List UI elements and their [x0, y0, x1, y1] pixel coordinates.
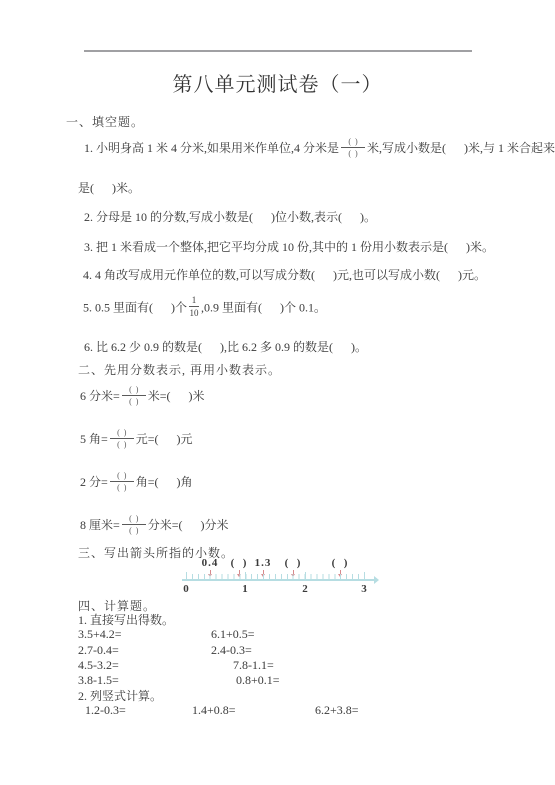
section-4-sub-1: 1. 直接写出得数。: [78, 611, 174, 628]
question-5-text-pre: 5. 0.5 里面有( )个: [83, 300, 187, 314]
equation: 6.2+3.8=: [315, 703, 359, 718]
question-6: 6. 比 6.2 少 0.9 的数是( ),比 6.2 多 0.9 的数是( )…: [84, 338, 367, 355]
convert-item-2: 5 角=( )( )元=( )元: [80, 428, 193, 449]
section-1-heading: 一、填空题。: [66, 113, 144, 130]
question-1-line-1: 1. 小明身高 1 米 4 分米,如果用米作单位,4 分米是( )( )米,写成…: [84, 137, 555, 158]
convert-item-1-pre: 6 分米=: [80, 389, 120, 403]
equation: 0.8+0.1=: [236, 673, 280, 688]
page-title: 第八单元测试卷（一）: [0, 68, 555, 97]
axis-tick-1: 1: [242, 583, 248, 595]
question-5: 5. 0.5 里面有( )个110,0.9 里面有( )个 0.1。: [83, 295, 326, 319]
numberline-label-1: 0.4: [202, 557, 219, 569]
question-1-line-2: 是( )米。: [78, 179, 140, 196]
equation: 1.4+0.8=: [192, 703, 236, 718]
axis-tick-2: 2: [302, 583, 308, 595]
fraction-blank: ( )( ): [110, 471, 134, 492]
fraction-blank: ( )( ): [122, 514, 146, 535]
fraction-blank: ( )( ): [110, 428, 134, 449]
test-paper-page: 第八单元测试卷（一） 一、填空题。 1. 小明身高 1 米 4 分米,如果用米作…: [0, 0, 555, 785]
convert-item-3: 2 分=( )( )角=( )角: [80, 471, 193, 492]
equation: 2.7-0.4=: [78, 643, 119, 658]
fraction-blank: ( )( ): [122, 385, 146, 406]
equation: 7.8-1.1=: [233, 658, 274, 673]
major-tick: [364, 572, 365, 579]
major-tick: [305, 572, 306, 579]
numberline-label-5: ( ): [332, 557, 349, 569]
equation: 3.8-1.5=: [78, 673, 119, 688]
convert-item-1-post: 米=( )米: [148, 389, 205, 403]
convert-item-2-pre: 5 角=: [80, 432, 108, 446]
equation: 2.4-0.3=: [211, 643, 252, 658]
number-line-arrowhead-icon: [374, 576, 383, 584]
major-tick: [245, 572, 246, 579]
number-line: 0.4 ( ) 1.3 ( ) ( ) 0 1 2 3: [182, 557, 394, 603]
convert-item-4-pre: 8 厘米=: [80, 518, 120, 532]
axis-tick-3: 3: [361, 583, 367, 595]
numberline-label-2: ( ): [231, 557, 248, 569]
question-1-text-post: 米,写成小数是( )米,与 1 米合起来: [367, 141, 555, 155]
convert-item-1: 6 分米=( )( )米=( )米: [80, 385, 205, 406]
section-2-heading: 二、先用分数表示, 再用小数表示。: [78, 361, 281, 378]
fraction-one-tenth: 110: [189, 295, 199, 319]
question-4: 4. 4 角改写成用元作单位的数,可以写成分数( )元,也可以写成小数( )元。: [83, 266, 486, 283]
equation: 3.5+4.2=: [78, 627, 122, 642]
equation: 6.1+0.5=: [211, 627, 255, 642]
top-divider-line: [84, 50, 472, 52]
fraction-blank: ( )( ): [341, 137, 365, 158]
numberline-label-3: 1.3: [255, 557, 272, 569]
equation: 4.5-3.2=: [78, 658, 119, 673]
numberline-label-4: ( ): [285, 557, 302, 569]
convert-item-2-post: 元=( )元: [136, 432, 193, 446]
convert-item-3-pre: 2 分=: [80, 475, 108, 489]
question-5-text-post: ,0.9 里面有( )个 0.1。: [201, 300, 326, 314]
equation: 1.2-0.3=: [85, 703, 126, 718]
question-2: 2. 分母是 10 的分数,写成小数是( )位小数,表示( )。: [84, 208, 376, 225]
convert-item-3-post: 角=( )角: [136, 475, 193, 489]
question-1-text-pre: 1. 小明身高 1 米 4 分米,如果用米作单位,4 分米是: [84, 141, 339, 155]
axis-tick-0: 0: [183, 583, 189, 595]
section-4-sub-2: 2. 列竖式计算。: [78, 687, 162, 704]
convert-item-4-post: 分米=( )分米: [148, 518, 229, 532]
major-tick: [186, 572, 187, 579]
question-3: 3. 把 1 米看成一个整体,把它平均分成 10 份,其中的 1 份用小数表示是…: [84, 238, 494, 255]
convert-item-4: 8 厘米=( )( )分米=( )分米: [80, 514, 229, 535]
number-line-axis: [182, 579, 374, 581]
